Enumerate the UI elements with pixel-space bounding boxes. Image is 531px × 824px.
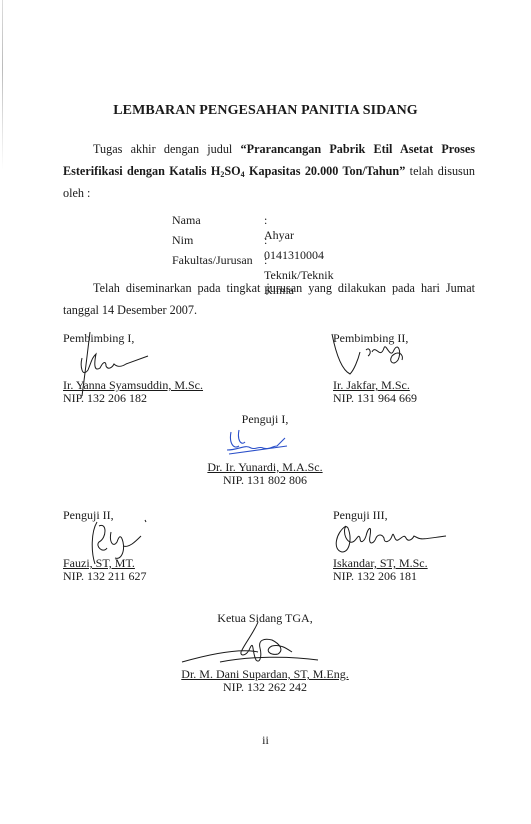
seminar-line-1: Telah diseminarkan pada tingkat jurusan … (63, 281, 475, 296)
intro-suffix: telah disusun (405, 164, 475, 178)
page-title: LEMBARAN PENGESAHAN PANITIA SIDANG (0, 103, 531, 119)
signatory-nip: NIP. 132 262 242 (150, 681, 380, 694)
thesis-title-part1: “Prarancangan Pabrik Etil Asetat Proses (241, 142, 475, 156)
signatory-nip: NIP. 131 802 806 (190, 474, 340, 487)
intro-line-2: Esterifikasi dengan Katalis H2SO4 Kapasi… (63, 164, 475, 179)
signature-ink-ketua-sidang (180, 618, 340, 668)
signatory-role: Penguji I, (190, 413, 340, 426)
field-label: Fakultas/Jurusan (172, 253, 253, 268)
intro-prefix: Tugas akhir dengan judul (93, 142, 241, 156)
page-number: ii (0, 733, 531, 748)
intro-line-3: oleh : (63, 186, 475, 201)
signatory-nip: NIP. 132 206 181 (333, 570, 428, 583)
signature-ink-penguji-3 (330, 518, 450, 558)
thesis-title-part2: Esterifikasi dengan Katalis H2SO4 Kapasi… (63, 164, 405, 178)
scan-edge-artifact (2, 0, 3, 170)
signature-ink-pembimbing-2 (328, 330, 418, 380)
signature-ink-penguji-1 (225, 428, 295, 458)
seminar-line-2: tanggal 14 Desember 2007. (63, 303, 475, 318)
signature-ink-penguji-2 (85, 512, 155, 572)
signature-ink-pembimbing-1 (60, 328, 150, 400)
signatory-nip: NIP. 131 964 669 (333, 392, 417, 405)
intro-line-1: Tugas akhir dengan judul “Prarancangan P… (63, 142, 475, 157)
field-label: Nama (172, 213, 201, 228)
field-label: Nim (172, 233, 193, 248)
